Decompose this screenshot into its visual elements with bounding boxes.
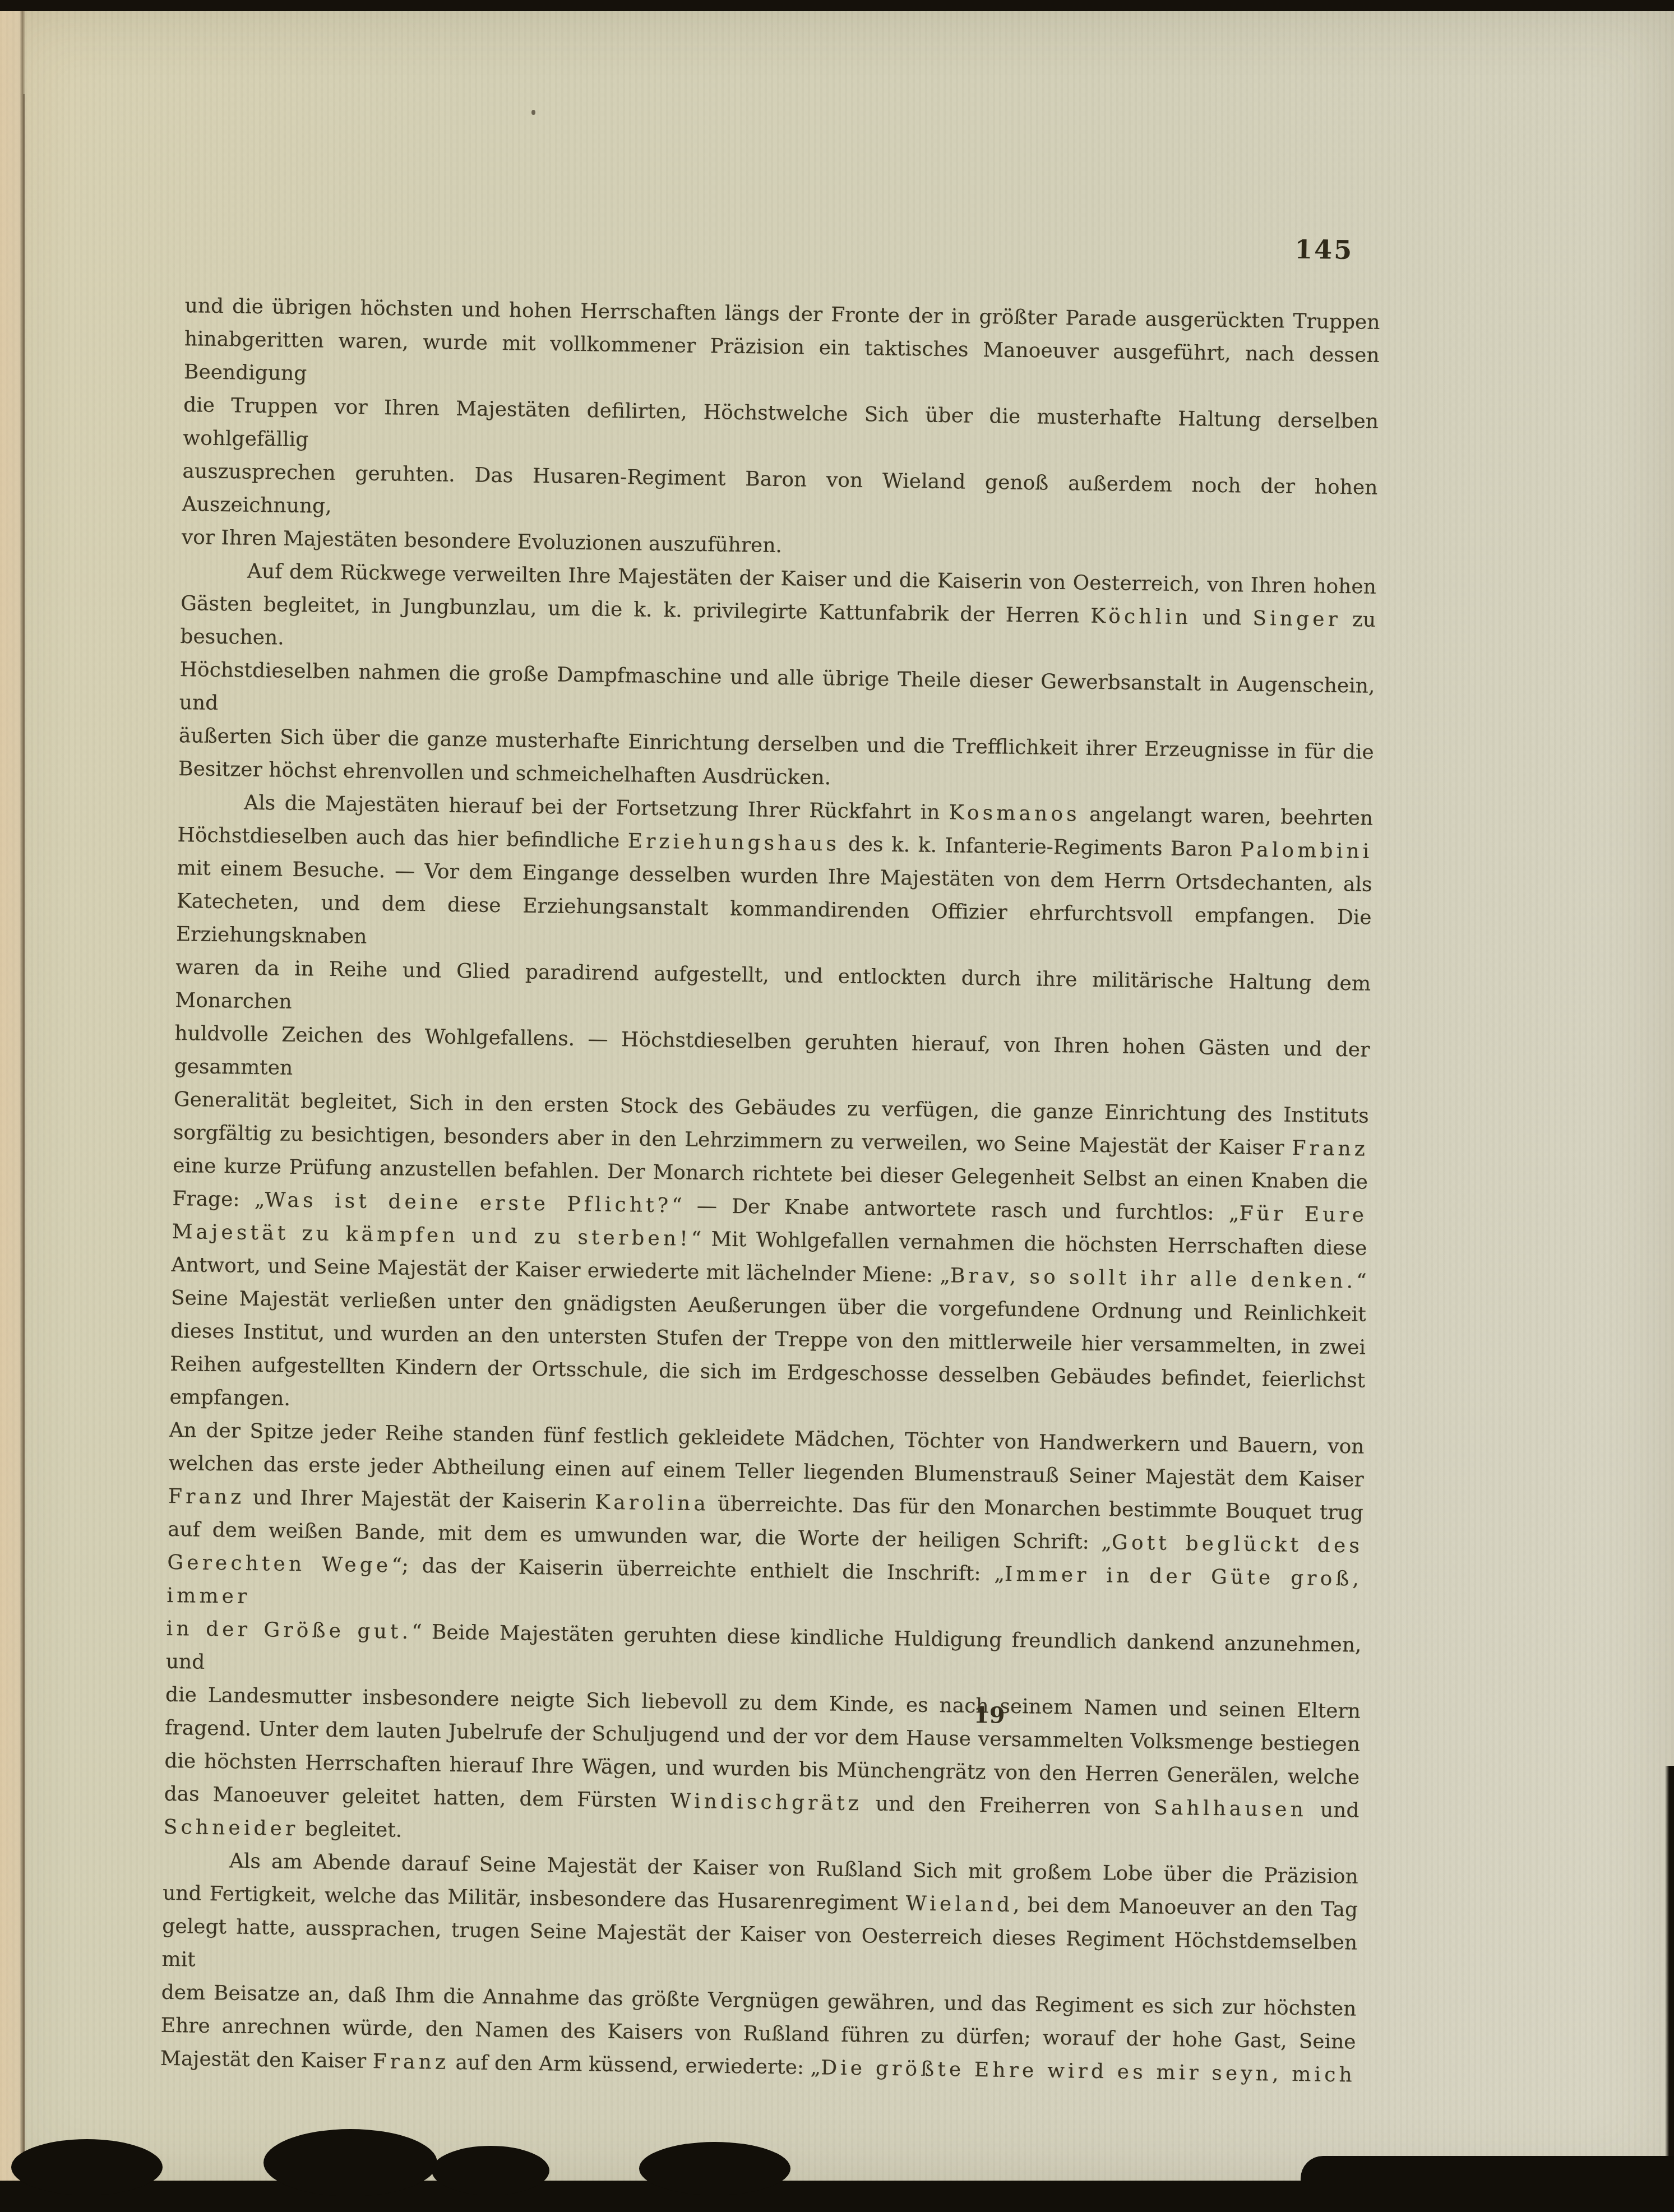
- body-text: und: [1191, 606, 1253, 630]
- paragraph: Als die Majestäten hierauf bei der Forts…: [163, 785, 1373, 1861]
- body-text: überreichte. Das für den Monarchen besti…: [709, 1492, 1363, 1524]
- body-text: Reihen aufgestellten Kindern der Ortssch…: [169, 1353, 1365, 1410]
- emphasized-text: Franz: [1292, 1137, 1368, 1161]
- body-text: begleitet.: [298, 1817, 402, 1842]
- body-text: und Fertigkeit, welche das Militär, insb…: [163, 1882, 906, 1915]
- emphasized-text: Für Eure: [1239, 1202, 1367, 1227]
- body-text: Antwort, und Seine Majestät der Kaiser e…: [171, 1253, 950, 1287]
- body-text: vor Ihren Majestäten besondere Evoluzion…: [182, 526, 783, 557]
- emphasized-text: Schneider: [163, 1816, 298, 1840]
- emphasized-text: Was ist deine erste Pflicht?: [265, 1188, 672, 1217]
- body-text: Gästen begleitet, in Jungbunzlau, um die…: [181, 592, 1091, 628]
- paragraph: und die übrigen höchsten und hohen Herrs…: [181, 289, 1380, 571]
- emphasized-text: in der Größe gut.: [166, 1617, 411, 1644]
- emphasized-text: Franz: [372, 2050, 449, 2074]
- emphasized-text: Kosmanos: [949, 801, 1080, 826]
- text-block: und die übrigen höchsten und hohen Herrs…: [160, 289, 1380, 2091]
- scan-edge-bump: [639, 2142, 790, 2195]
- body-text: und den Freiherren von: [862, 1792, 1154, 1819]
- body-text: die Truppen vor Ihren Majestäten defilir…: [183, 394, 1379, 451]
- body-text: “ Mit Wohlgefallen vernahmen die höchste…: [691, 1228, 1367, 1260]
- emphasized-text: Karolina: [595, 1491, 709, 1515]
- body-text: Als die Majestäten hierauf bei der Forts…: [244, 792, 949, 825]
- body-text: Katecheten, und dem diese Erziehungsanst…: [176, 890, 1372, 948]
- emphasized-text: Windischgrätz: [670, 1789, 862, 1815]
- body-text: “; das der Kaiserin überreichte enthielt…: [391, 1554, 1005, 1585]
- emphasized-text: Brav, so sollt ihr alle denken.: [950, 1264, 1357, 1293]
- scanned-book-page: 145 und die übrigen höchsten und hohen H…: [0, 0, 1674, 2212]
- emphasized-text: Erziehungshaus: [627, 830, 840, 855]
- body-text: auszusprechen geruhten. Das Husaren-Regi…: [182, 460, 1377, 518]
- body-text: , bei dem Manoeuver an den Tag: [1013, 1894, 1358, 1922]
- body-text: und Ihrer Majestät der Kaiserin: [244, 1486, 595, 1514]
- body-text: “ — Der Knabe antwortete rasch und furch…: [672, 1194, 1240, 1225]
- body-text: Höchstdieselben auch das hier befindlich…: [177, 823, 628, 853]
- emphasized-text: Die größte Ehre wird es mir seyn, mich: [821, 2056, 1356, 2086]
- scan-edge-bump: [263, 2129, 437, 2196]
- body-text: Besitzer höchst ehrenvollen und schmeich…: [178, 757, 831, 789]
- scan-edge-bump: [11, 2139, 163, 2195]
- page-number: 145: [1294, 234, 1354, 265]
- scan-edge-bump: [1301, 2156, 1674, 2201]
- emphasized-text: Gerechten Wege: [167, 1551, 392, 1577]
- body-text: “: [1356, 1270, 1367, 1293]
- emphasized-text: Gott beglückt des: [1112, 1531, 1363, 1557]
- body-text: Majestät den Kaiser: [160, 2047, 373, 2073]
- body-text: huldvolle Zeichen des Wohlgefallens. — H…: [174, 1022, 1370, 1080]
- sheet-signature-number: 19: [933, 1701, 1046, 1729]
- body-text: Frage: „: [172, 1187, 265, 1211]
- page-paper: 145 und die übrigen höchsten und hohen H…: [0, 10, 1674, 2185]
- page-content: 145 und die übrigen höchsten und hohen H…: [0, 7, 1674, 2205]
- emphasized-text: Palombini: [1240, 838, 1372, 863]
- body-text: angelangt waren, beehrten: [1080, 803, 1373, 830]
- body-text: das Manoeuver geleitet hatten, dem Fürst…: [164, 1783, 670, 1813]
- body-text: waren da in Reihe und Glied paradirend a…: [175, 956, 1371, 1014]
- emphasized-text: Franz: [168, 1485, 245, 1509]
- body-text: und: [1307, 1798, 1359, 1822]
- paragraph: Auf dem Rückwege verweilten Ihre Majestä…: [178, 554, 1377, 802]
- scan-edge-top: [0, 0, 1674, 11]
- scan-edge-bump: [432, 2146, 549, 2195]
- emphasized-text: Köchlin: [1090, 605, 1192, 630]
- emphasized-text: Singer: [1252, 607, 1341, 631]
- scan-edge-right: [1665, 1766, 1674, 2212]
- body-text: des k. k. Infanterie-Regiments Baron: [840, 832, 1241, 861]
- emphasized-text: Wieland: [905, 1892, 1013, 1917]
- emphasized-text: Majestät zu kämpfen und zu sterben!: [172, 1220, 691, 1251]
- emphasized-text: Sahlhausen: [1154, 1796, 1307, 1821]
- body-text: auf den Arm küssend, erwiederte: „: [449, 2051, 821, 2079]
- body-text: hinabgeritten waren, wurde mit vollkomme…: [184, 327, 1380, 385]
- paragraph: Als am Abende darauf Seine Majestät der …: [160, 1844, 1359, 2092]
